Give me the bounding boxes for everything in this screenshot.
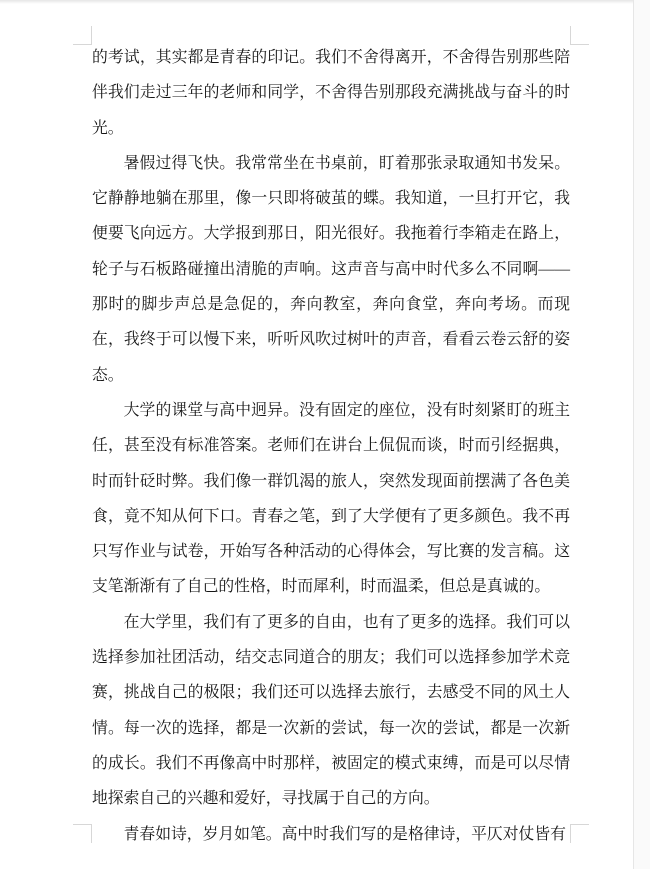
margin-crop-mark-bottom-right: [570, 824, 589, 843]
margin-crop-mark-top-left: [73, 26, 92, 45]
paragraph-summer-flies[interactable]: 暑假过得飞快。我常常坐在书桌前，盯着那张录取通知书发呆。它静静地躺在那里，像一只…: [92, 146, 570, 393]
margin-crop-mark-top-right: [570, 26, 589, 45]
canvas-outside-page: [634, 0, 650, 869]
paragraph-continuation[interactable]: 的考试，其实都是青春的印记。我们不舍得离开，不舍得告别那些陪伴我们走过三年的老师…: [92, 40, 570, 146]
paragraph-freedom-choices[interactable]: 在大学里，我们有了更多的自由，也有了更多的选择。我们可以选择参加社团活动，结交志…: [92, 605, 570, 817]
document-page: 的考试，其实都是青春的印记。我们不舍得离开，不舍得告别那些陪伴我们走过三年的老师…: [0, 0, 650, 869]
margin-crop-mark-bottom-left: [73, 824, 92, 843]
document-text-area[interactable]: 的考试，其实都是青春的印记。我们不舍得离开，不舍得告别那些陪伴我们走过三年的老师…: [92, 40, 570, 852]
paragraph-university-classes[interactable]: 大学的课堂与高中迥异。没有固定的座位，没有时刻紧盯的班主任，甚至没有标准答案。老…: [92, 393, 570, 605]
paragraph-youth-poem[interactable]: 青春如诗，岁月如笔。高中时我们写的是格律诗，平仄对仗皆有: [92, 817, 570, 852]
page-right-edge: [633, 0, 634, 869]
page-top-edge: [0, 0, 650, 4]
